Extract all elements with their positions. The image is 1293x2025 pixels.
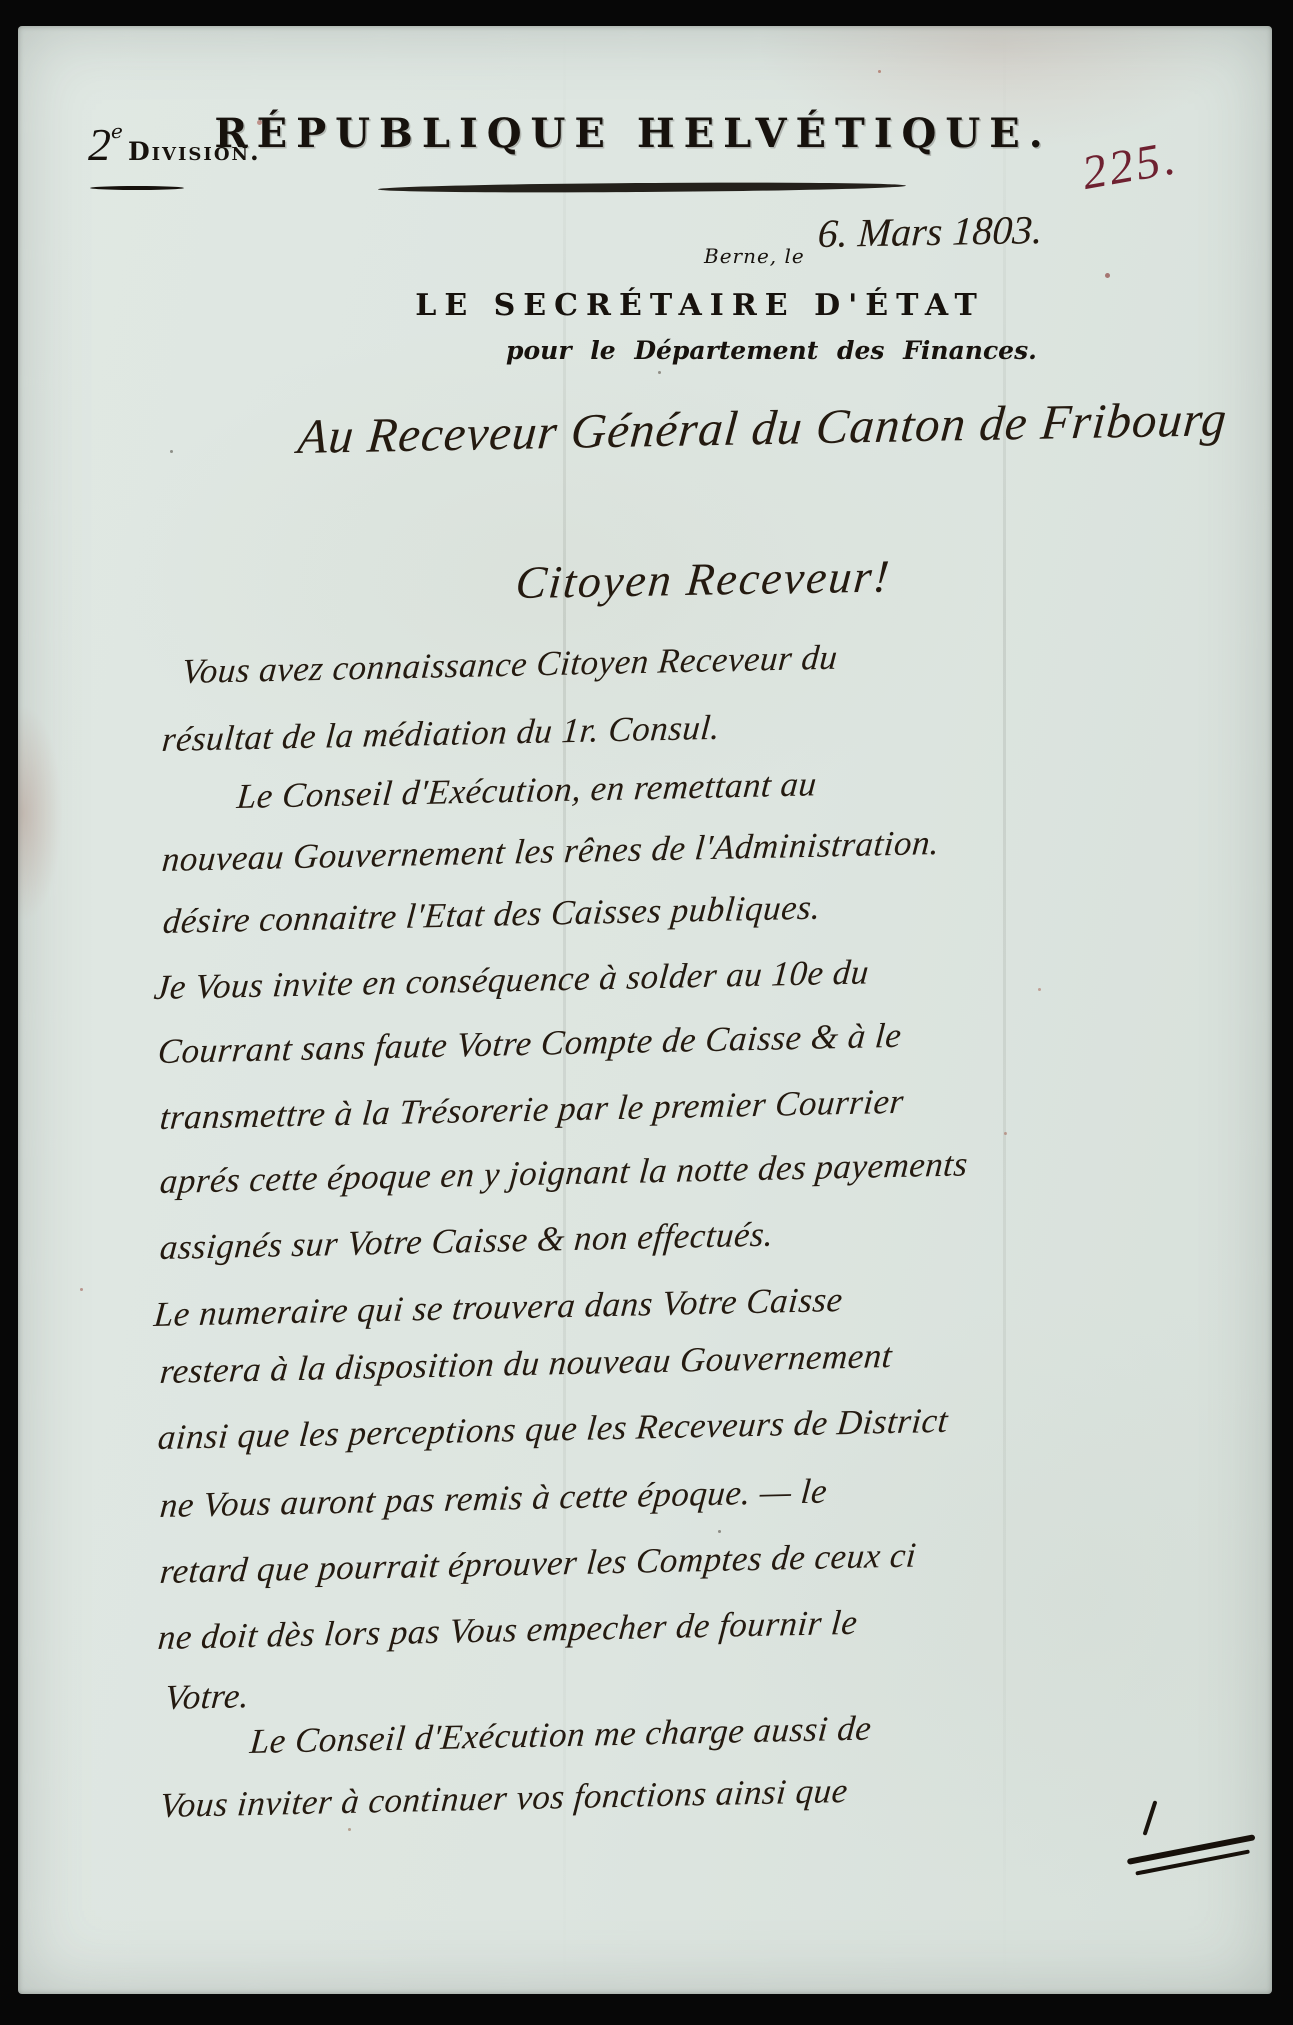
office-subtitle: pour le Département des Finances. bbox=[506, 336, 1037, 365]
dateline-date: 6. Mars 1803. bbox=[817, 206, 1044, 257]
letter-line: Votre. bbox=[163, 1676, 251, 1718]
office-title: LE SECRÉTAIRE D'ÉTAT bbox=[403, 288, 997, 323]
division-underline-rule bbox=[90, 186, 184, 190]
dateline-place: Berne, le bbox=[704, 244, 805, 268]
document-scan: { "header": { "division_numeral": "2", "… bbox=[0, 0, 1293, 2025]
republic-title: RÉPUBLIQUE HELVÉTIQUE. bbox=[205, 110, 1061, 157]
fold-crease-right bbox=[1003, 26, 1006, 1994]
division-numeral: 2 bbox=[88, 119, 111, 170]
division-superscript: e bbox=[111, 119, 123, 143]
salutation-line: Citoyen Receveur! bbox=[514, 549, 894, 609]
paper-speckles bbox=[18, 26, 21, 29]
